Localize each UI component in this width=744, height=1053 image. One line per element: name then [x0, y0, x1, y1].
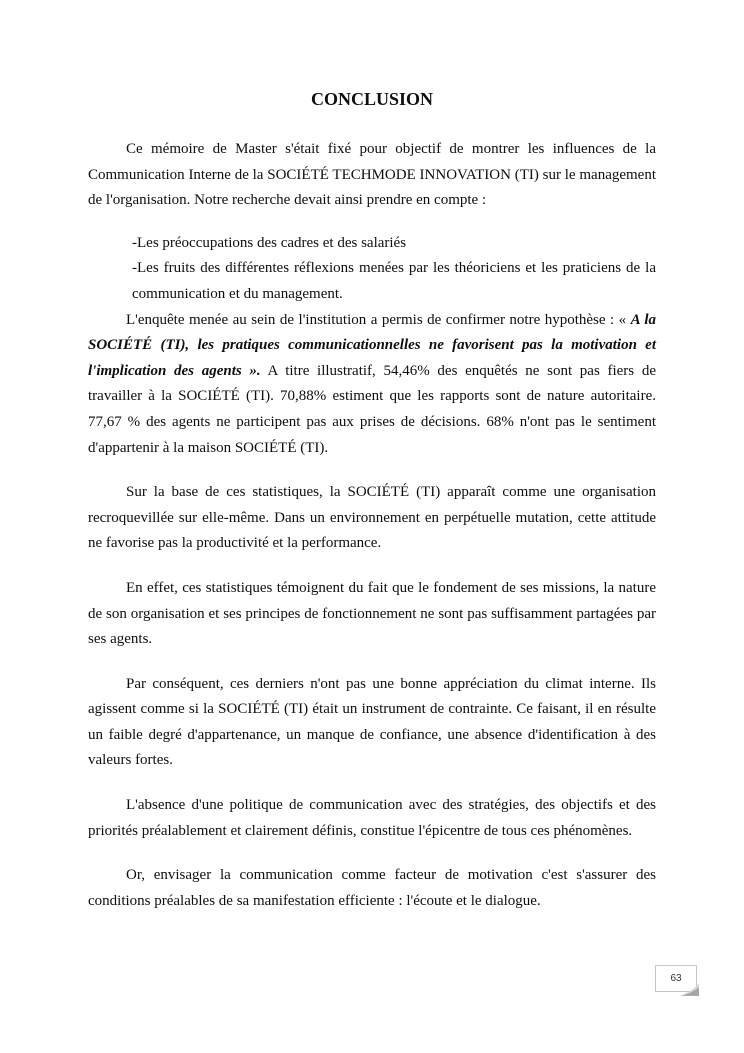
page-fold-icon [679, 982, 700, 997]
document-page: CONCLUSION Ce mémoire de Master s'était … [0, 0, 744, 1053]
page-number-badge: 63 [655, 965, 697, 992]
paragraph-consequence: Par conséquent, ces derniers n'ont pas u… [88, 672, 656, 774]
list-item: -Les préoccupations des cadres et des sa… [132, 231, 656, 257]
paragraph-closing: Or, envisager la communication comme fac… [88, 863, 656, 914]
paragraph-intro: Ce mémoire de Master s'était fixé pour o… [88, 137, 656, 214]
list-block: -Les préoccupations des cadres et des sa… [132, 231, 656, 308]
hypothesis-lead-text: L'enquête menée au sein de l'institution… [126, 312, 631, 328]
paragraph-absence: L'absence d'une politique de communicati… [88, 793, 656, 844]
paragraph-hypothesis: L'enquête menée au sein de l'institution… [88, 308, 656, 462]
paragraph-effet: En effet, ces statistiques témoignent du… [88, 576, 656, 653]
list-item: -Les fruits des différentes réflexions m… [132, 256, 656, 307]
paragraph-statistics: Sur la base de ces statistiques, la SOCI… [88, 480, 656, 557]
page-title: CONCLUSION [88, 86, 656, 112]
